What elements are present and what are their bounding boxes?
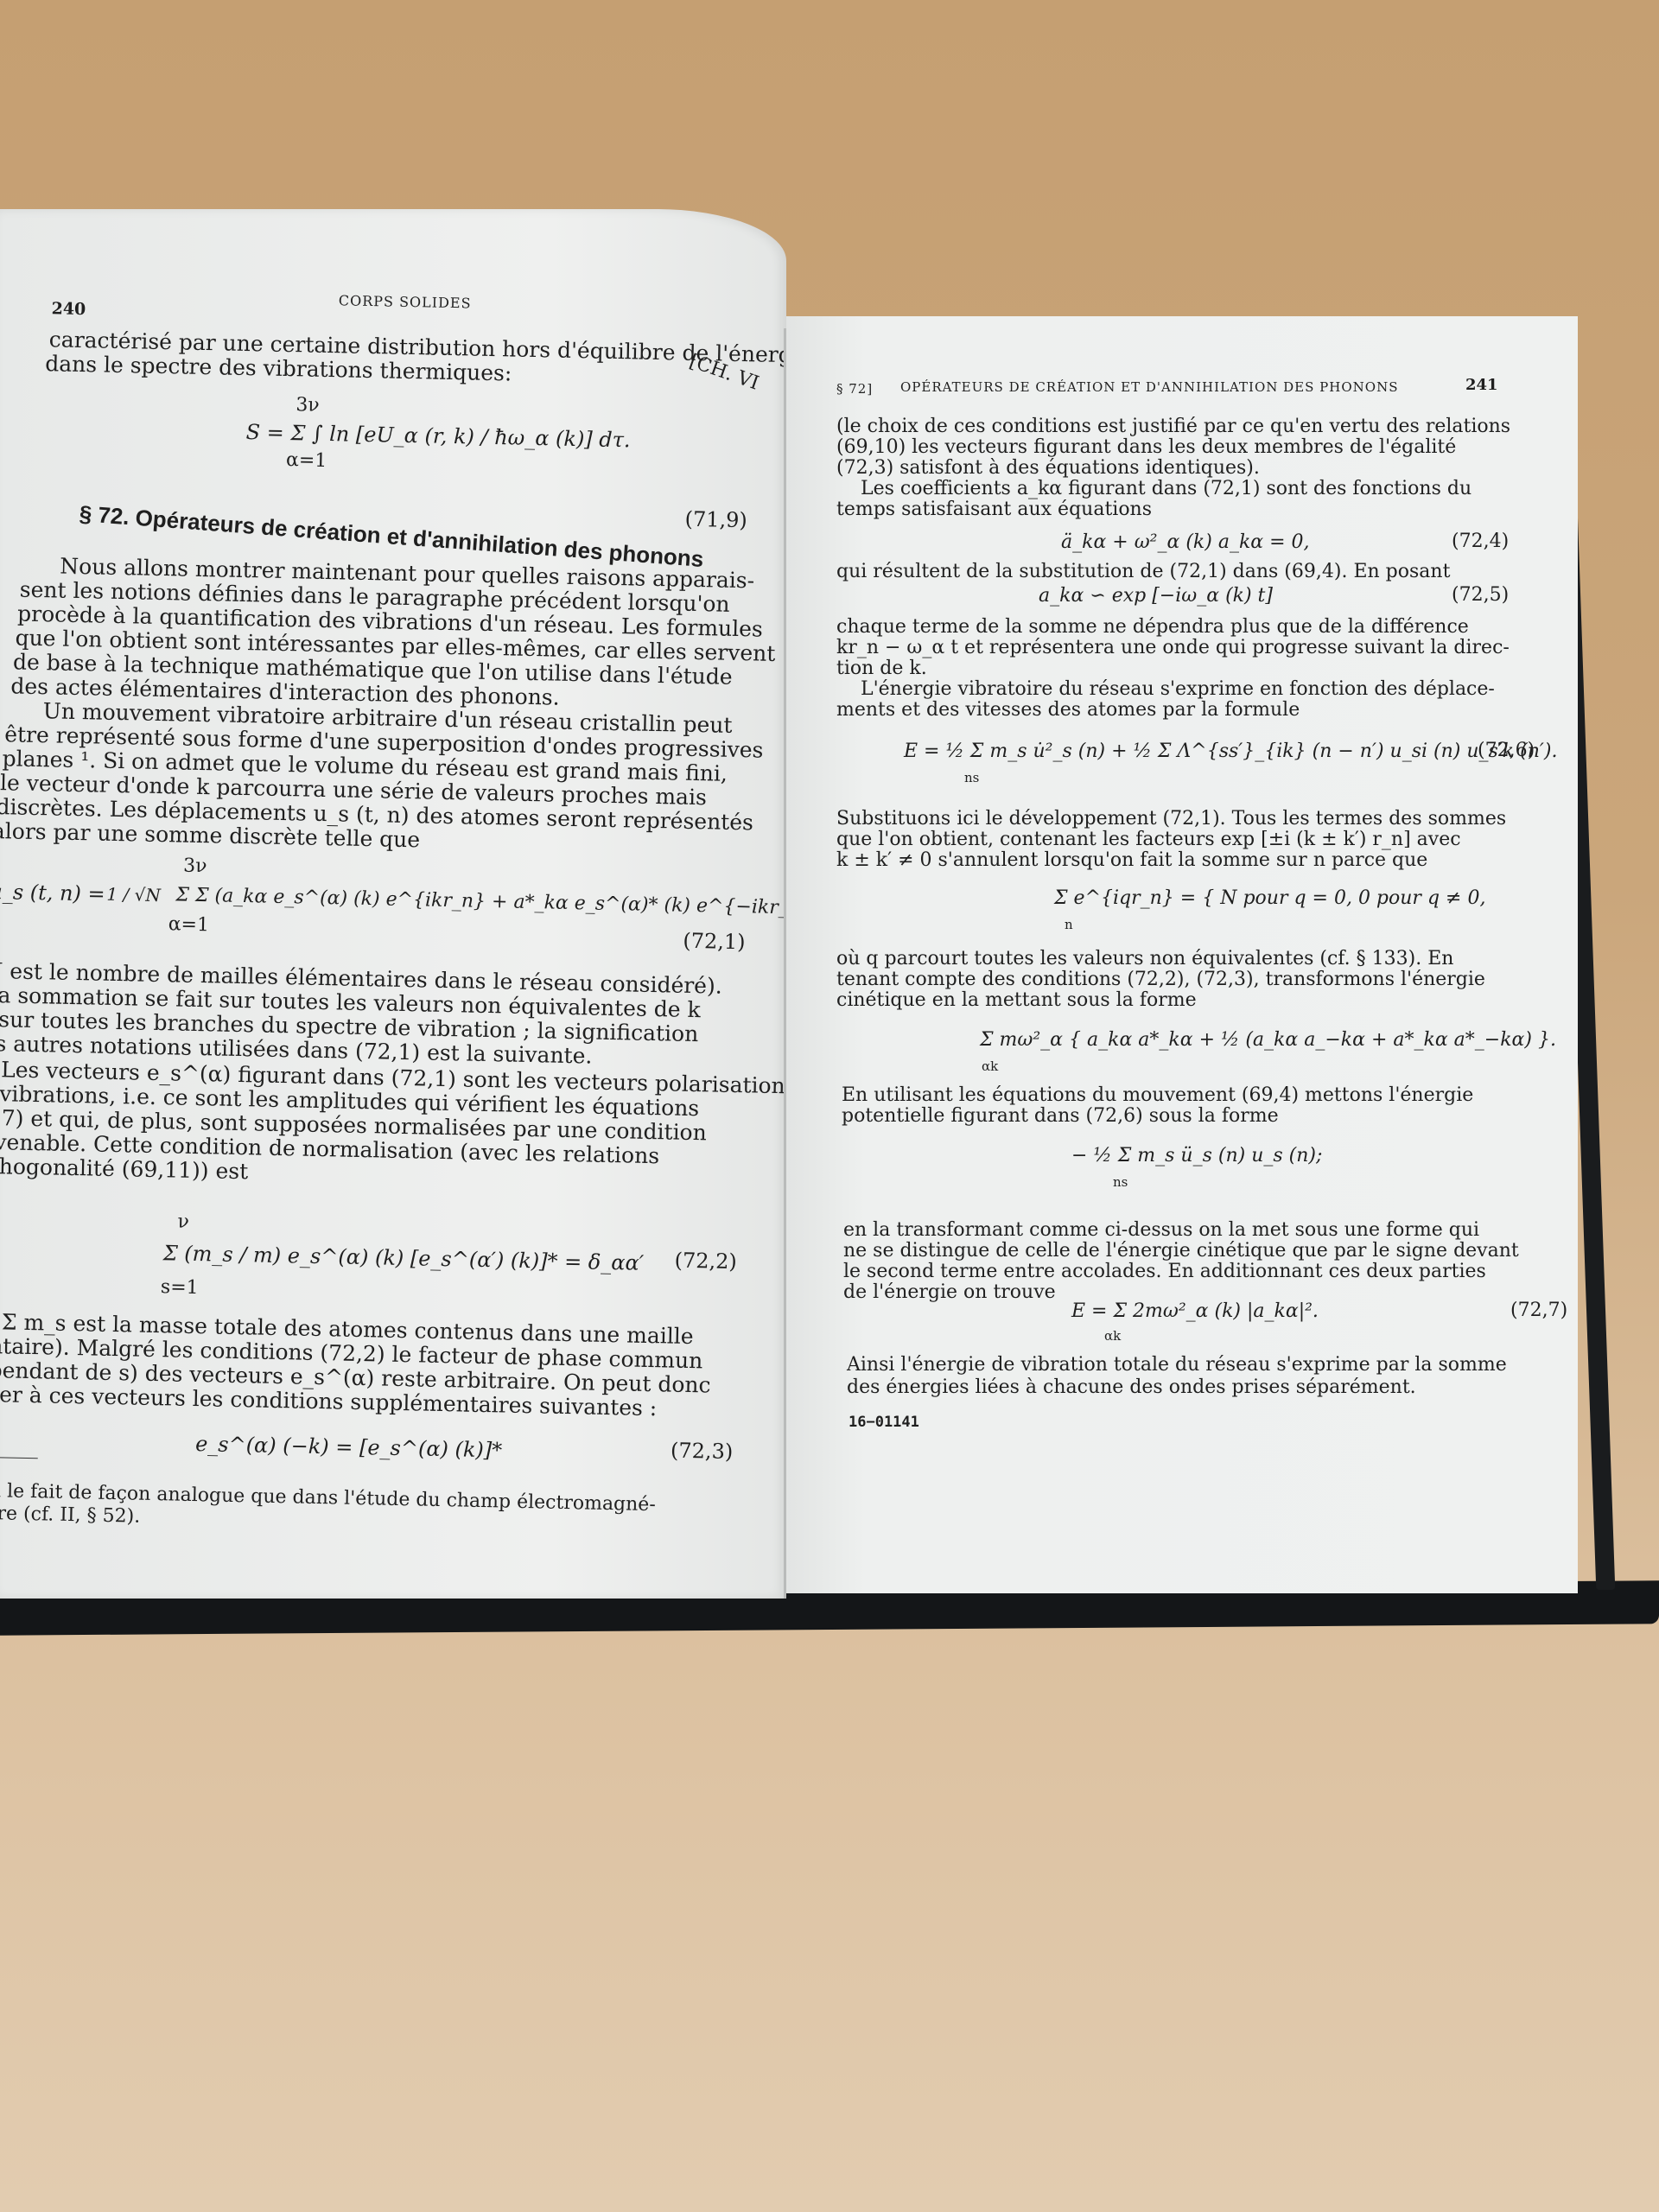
text-line: potentielle figurant dans (72,6) sous la… [842, 1104, 1279, 1128]
equation-kinetic: Σ mω²_α { a_kα a*_kα + ½ (a_kα a_−kα + a… [980, 1028, 1556, 1052]
sum-limit: 3ν [296, 393, 320, 418]
text-line: temps satisfaisant aux équations [836, 498, 1152, 522]
equation-72-1: Σ Σ (a_kα e_s^(α) (k) e^{ikr_n} + a*_kα … [175, 883, 820, 921]
text-line: ments et des vitesses des atomes par la … [836, 698, 1300, 722]
equation-72-2: Σ (m_s / m) e_s^(α) (k) [e_s^(α′) (k)]* … [162, 1241, 644, 1275]
equation-72-3: e_s^(α) (−k) = [e_s^(α) (k)]* [195, 1432, 503, 1462]
sum-limit: ns [1113, 1170, 1128, 1194]
equation-72-6: E = ½ Σ m_s u̇²_s (n) + ½ Σ Λ^{ss′}_{ik}… [904, 740, 1557, 764]
equation-number: (72,2) [674, 1249, 737, 1274]
text-line: cinétique en la mettant sous la forme [836, 988, 1197, 1013]
sum-limit: n [1065, 912, 1073, 937]
equation-sum-n: Σ e^{iqr_n} = { N pour q = 0, 0 pour q ≠… [1054, 887, 1485, 911]
page-number: 241 [1465, 373, 1498, 397]
equation-potential: − ½ Σ m_s ü_s (n) u_s (n); [1071, 1144, 1322, 1168]
equation-number: (72,3) [671, 1439, 734, 1465]
equation-number: (72,7) [1510, 1300, 1567, 1321]
equation-number: (72,5) [1452, 584, 1509, 606]
sum-limit: s=1 [161, 1275, 199, 1300]
text-line: kr_n − ω_α t et représentera une onde qu… [836, 636, 1510, 660]
equation-72-1-frac: 1 / √N [106, 882, 161, 907]
equation-72-5: a_kα ∽ exp [−iω_α (k) t] [1039, 584, 1273, 608]
equation-number: (72,6) [1478, 740, 1535, 761]
sum-limit: αk [1104, 1324, 1121, 1348]
sum-limit: ν [177, 1211, 189, 1235]
sum-limit: 3ν [183, 855, 207, 880]
running-head: OPÉRATEURS DE CRÉATION ET D'ANNIHILATION… [900, 375, 1398, 399]
sum-limit: α=1 [286, 448, 327, 474]
book-gutter [784, 328, 786, 1599]
footnote-line: libre (cf. II, § 52). [0, 1502, 141, 1529]
text-line: Ainsi l'énergie de vibration totale du r… [847, 1353, 1507, 1377]
text-line: des énergies liées à chacune des ondes p… [847, 1376, 1416, 1400]
sum-limit: α=1 [168, 912, 209, 938]
page-number: 240 [51, 296, 86, 321]
left-page: 240 CORPS SOLIDES caractérisé par une ce… [0, 209, 786, 1599]
sum-limit: αk [982, 1054, 998, 1078]
text-line: de l'énergie on trouve [843, 1281, 1056, 1305]
equation-72-1-lhs: u_s (t, n) = [0, 880, 105, 906]
running-head: CORPS SOLIDES [339, 289, 472, 315]
text-line: rthogonalité (69,11)) est [0, 1154, 248, 1184]
equation-71-9: S = Σ ∫ ln [eU_α (r, k) / ħω_α (k)] dτ. [245, 420, 631, 452]
text-line: qui résultent de la substitution de (72,… [836, 560, 1450, 584]
footnote-rule [0, 1457, 38, 1459]
equation-number: (71,9) [684, 507, 747, 533]
section-mark: § 72] [836, 377, 873, 401]
sum-limit: ns [964, 766, 979, 790]
right-page: § 72] OPÉRATEURS DE CRÉATION ET D'ANNIHI… [786, 316, 1578, 1593]
equation-number: (72,1) [683, 929, 746, 955]
text-line: k ± k′ ≠ 0 s'annulent lorsqu'on fait la … [836, 849, 1427, 873]
equation-72-4: ä_kα + ω²_α (k) a_kα = 0, [1061, 531, 1310, 555]
printer-signature: 16−01141 [849, 1410, 919, 1434]
equation-72-7: E = Σ 2mω²_α (k) |a_kα|². [1071, 1300, 1319, 1324]
equation-number: (72,4) [1452, 531, 1509, 552]
